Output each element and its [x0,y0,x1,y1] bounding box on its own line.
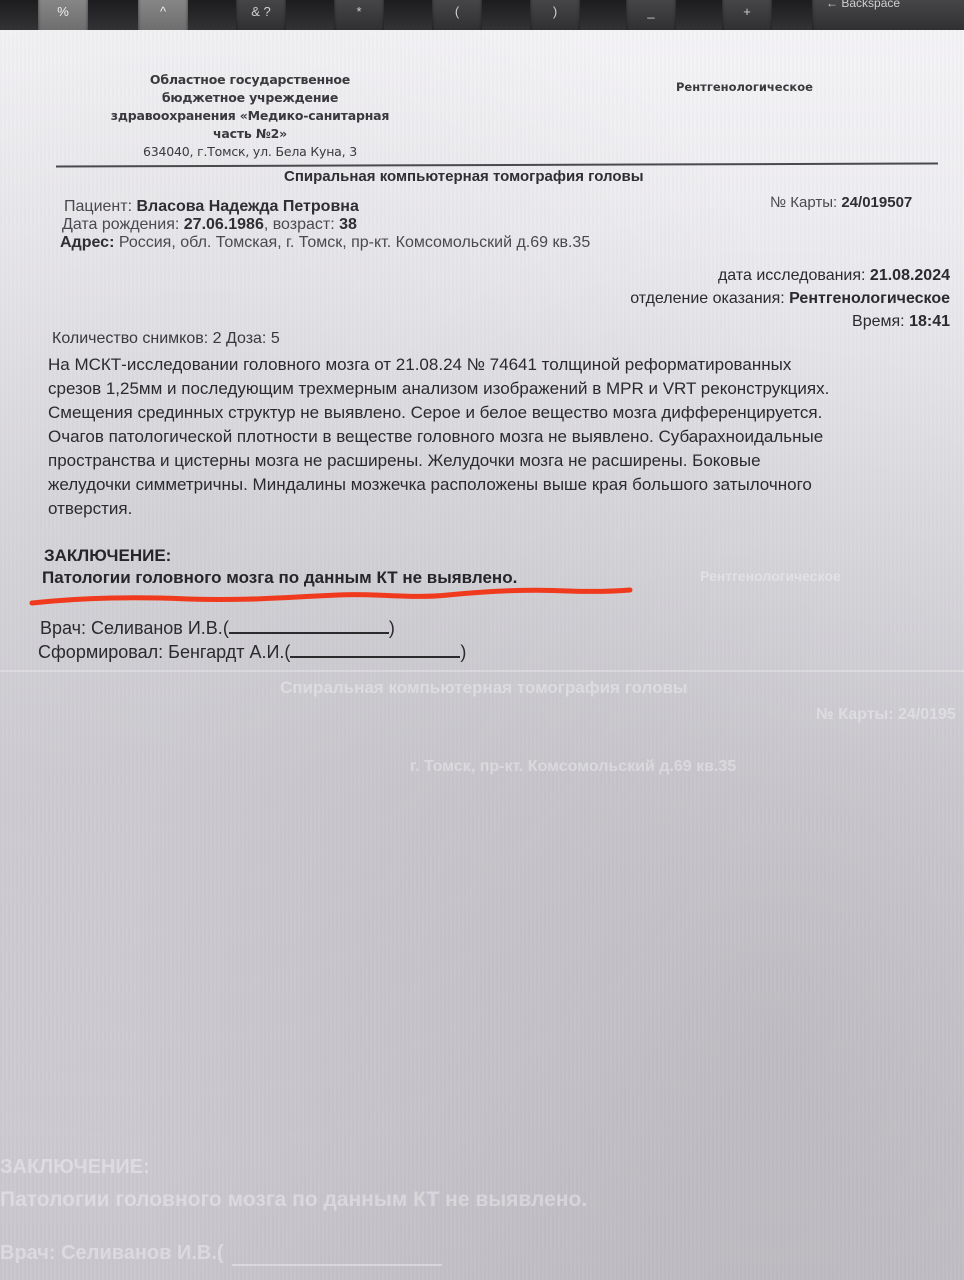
address-label: Адрес: [60,234,114,251]
time-value: 18:41 [909,313,950,330]
org-line: Областное государственное [100,71,400,89]
description-line: срезов 1,25мм и последующим трехмерным а… [48,377,948,401]
department-line: отделение оказания: Рентгенологическое [630,287,950,310]
description-line: Смещения срединных структур не выявлено.… [48,401,948,425]
paper-fold-line [0,670,964,672]
birth-line: Дата рождения: 27.06.1986, возраст: 38 [62,216,357,234]
age-label: , возраст: [264,216,335,233]
study-info: дата исследования: 21.08.2024 отделение … [630,264,950,333]
red-underline-annotation [28,585,638,609]
department-value: Рентгенологическое [789,290,950,307]
ghost-signature-line [232,1264,442,1266]
doctor-label: Врач: Селиванов И.В.( [40,618,229,638]
images-count: Количество снимков: 2 Доза: 5 [52,330,280,348]
description-line: отверстия. [48,497,948,521]
org-address: 634040, г.Томск, ул. Бела Куна, 3 [100,143,400,161]
description-line: желудочки симметричны. Миндалины мозжечк… [48,473,948,497]
ghost-text: г. Томск, пр-кт. Комсомольский д.69 кв.3… [410,758,736,776]
time-line: Время: 18:41 [630,310,950,333]
department-header: Рентгенологическое [676,80,813,94]
age-value: 38 [339,216,357,233]
conclusion-heading: ЗАКЛЮЧЕНИЕ: [44,546,171,566]
study-date: 21.08.2024 [870,267,950,284]
time-label: Время: [852,313,905,330]
formed-label: Сформировал: Бенгардт А.И.( [38,642,290,662]
signature-blank [229,618,389,634]
description-line: пространства и цистерны мозга не расшире… [48,449,948,473]
address-value: Россия, обл. Томская, г. Томск, пр-кт. К… [119,234,590,251]
ghost-text: Патологии головного мозга по данным КТ н… [0,1188,587,1212]
description-line: Очагов патологической плотности в вещест… [48,425,948,449]
organization-header: Областное государственное бюджетное учре… [100,71,400,161]
ghost-text: Рентгенологическое [700,568,841,584]
ghost-text: ЗАКЛЮЧЕНИЕ: [0,1156,150,1179]
ghost-text: Спиральная компьютерная томография голов… [280,678,687,698]
card-label: № Карты: [770,194,837,211]
department-label: отделение оказания: [630,290,784,307]
ghost-text: Врач: Селиванов И.В.( [0,1242,224,1265]
patient-line: Пациент: Власова Надежда Петровна [64,198,359,216]
birth-label: Дата рождения: [62,216,179,233]
org-line: часть №2» [100,125,400,143]
doctor-signature-line: Врач: Селиванов И.В.() [40,618,395,639]
signature-blank [290,642,460,658]
ghost-text: № Карты: 24/0195 [816,706,956,724]
card-number-line: № Карты: 24/019507 [770,194,912,211]
org-line: здравоохранения «Медико-санитарная [100,107,400,125]
study-date-line: дата исследования: 21.08.2024 [630,264,950,287]
medical-report-sheet: Областное государственное бюджетное учре… [0,30,964,1280]
birth-date: 27.06.1986 [184,216,264,233]
study-date-label: дата исследования: [718,267,866,284]
patient-label: Пациент: [64,198,132,215]
card-number: 24/019507 [841,194,912,211]
org-line: бюджетное учреждение [100,89,400,107]
patient-name: Власова Надежда Петровна [136,198,358,215]
document-title: Спиральная компьютерная томография голов… [284,168,644,185]
description-line: На МСКТ-исследовании головного мозга от … [48,353,948,377]
study-description: На МСКТ-исследовании головного мозга от … [48,353,948,521]
formed-by-signature-line: Сформировал: Бенгардт А.И.() [38,642,466,663]
header-divider [56,162,938,167]
address-line: Адрес: Россия, обл. Томская, г. Томск, п… [60,234,590,252]
